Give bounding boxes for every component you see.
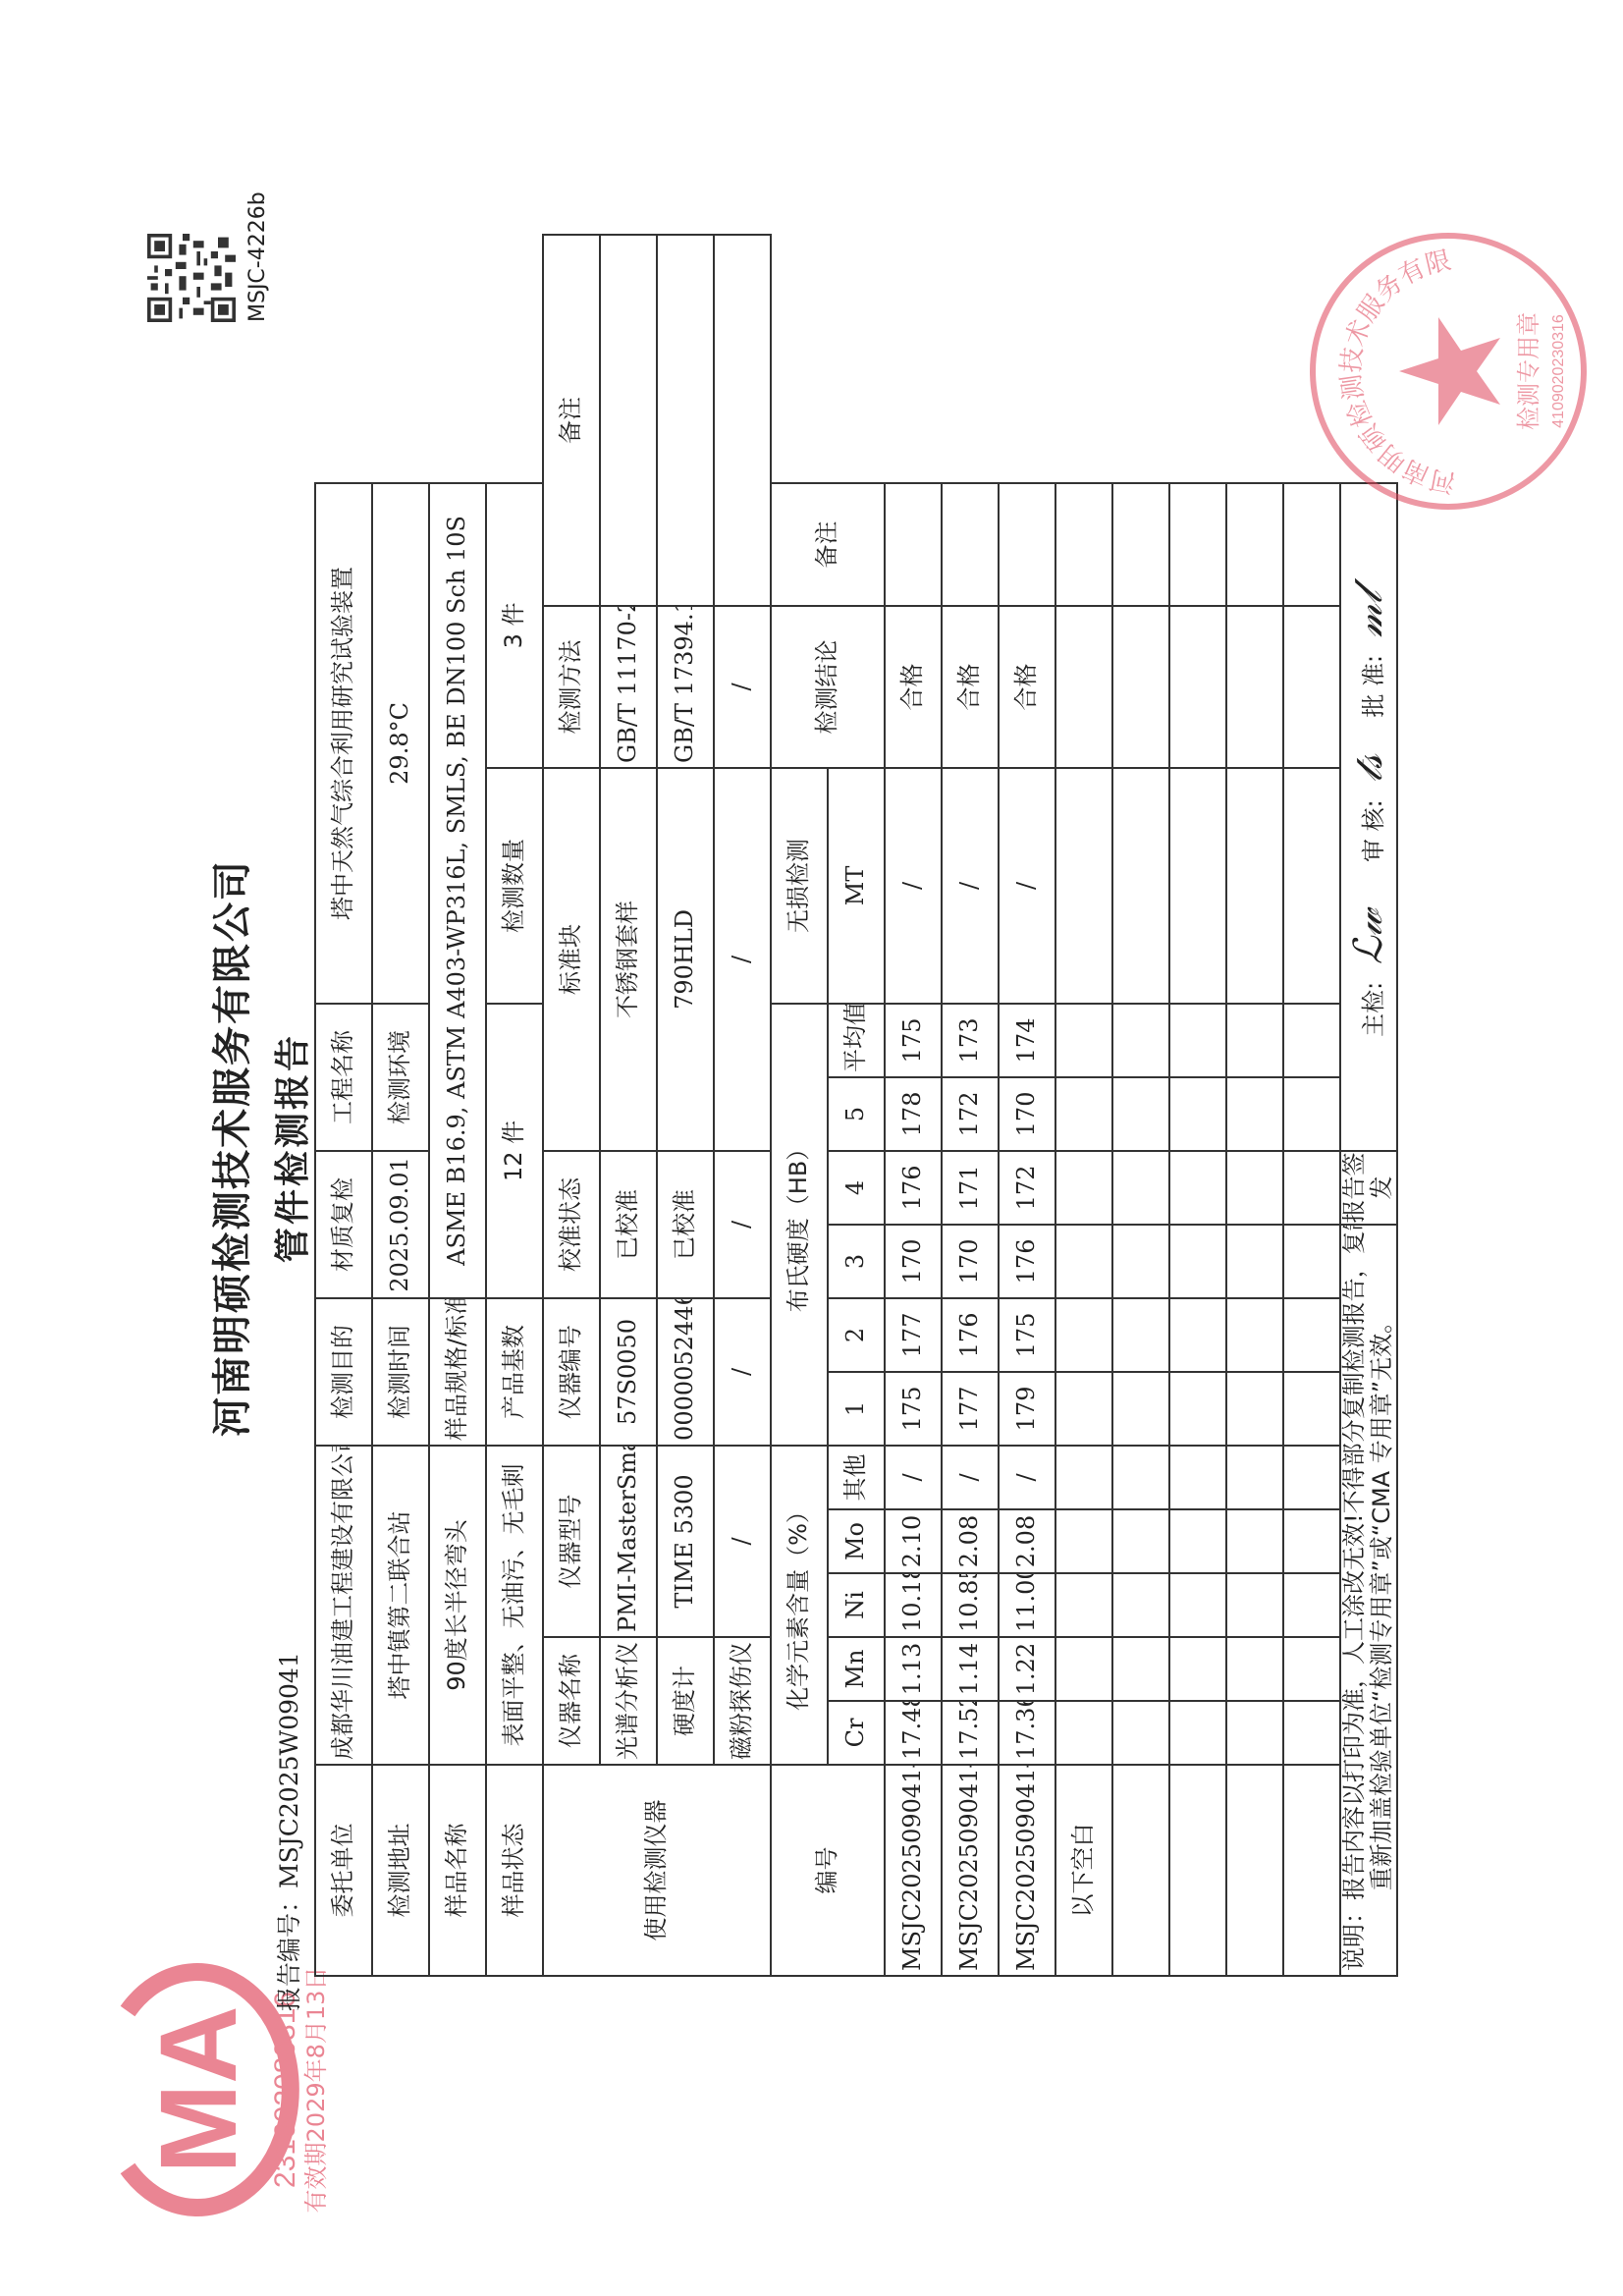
instrument-header: 校准状态	[543, 1151, 600, 1298]
reviewer-signature: 𝓉𝓈	[1346, 754, 1391, 782]
test-qty-label: 检测数量	[486, 768, 543, 1004]
base-qty-label: 产品基数	[486, 1298, 543, 1446]
hb-col: 4	[828, 1151, 885, 1225]
env-label: 检测环境	[372, 1004, 429, 1151]
chem-value: 17.36	[999, 1701, 1055, 1765]
instrument-model: TIME 5300	[657, 1446, 714, 1637]
purpose-value: 材质复检	[315, 1151, 372, 1298]
result-row: MSJC202509041-317.361.2211.002.08/179175…	[999, 235, 1055, 1976]
hardness-value: 175	[999, 1298, 1055, 1372]
project-value: 塔中天然气综合利用研究试验装置	[315, 483, 372, 1004]
client-label: 委托单位	[315, 1765, 372, 1976]
remark-value	[942, 483, 999, 606]
chem-value: 11.00	[999, 1573, 1055, 1637]
hardness-value: 170	[885, 1225, 942, 1298]
report-number-value: MSJC2025W09041	[275, 1652, 303, 1888]
chem-value: 1.14	[942, 1637, 999, 1701]
issue-label: 报告签发	[1340, 1151, 1397, 1225]
chem-header: 化学元素含量（%）	[771, 1446, 828, 1765]
hardness-value: 170	[942, 1225, 999, 1298]
instrument-row: 光谱分析仪 PMI-MasterSmart 57S0050 已校准 不锈钢套样 …	[600, 235, 657, 1976]
blank-note: 以下空白	[1055, 1765, 1112, 1976]
instruments-section-label: 使用检测仪器	[543, 1765, 771, 1976]
chem-col: Cr	[828, 1701, 885, 1765]
qr-code-label: MSJC-4226b	[245, 191, 270, 322]
company-name: 河南明硕检测技术服务有限公司	[201, 0, 257, 2296]
instrument-name: 硬度计	[657, 1637, 714, 1765]
instrument-name: 磁粉探伤仪	[714, 1637, 771, 1765]
hardness-value: 176	[885, 1151, 942, 1225]
instrument-header: 标准块	[543, 768, 600, 1151]
sample-id: MSJC202509041-2	[942, 1765, 999, 1976]
mt-value: /	[942, 768, 999, 1004]
instrument-calibration: 已校准	[657, 1151, 714, 1298]
empty-row	[1226, 235, 1283, 1976]
footer-note-line1: 说明：报告内容以打印为准，人工涂改无效!不得部分复制检测报告，复制检测报告未	[1341, 1230, 1369, 1971]
svg-text:检测专用章: 检测专用章	[1515, 312, 1542, 430]
report-number: 报告编号：MSJC2025W09041	[270, 1652, 305, 2011]
client-value: 成都华川油建工程建设有限公司	[315, 1446, 372, 1765]
instrument-model: PMI-MasterSmart	[600, 1446, 657, 1637]
inspector-signature: ℒ𝓌	[1346, 909, 1391, 965]
purpose-label: 检测目的	[315, 1298, 372, 1446]
approver-signature: 𝓂𝓁	[1346, 591, 1391, 637]
test-time-value: 2025.09.01	[372, 1151, 429, 1298]
instrument-header: 仪器名称	[543, 1637, 600, 1765]
project-label: 工程名称	[315, 1004, 372, 1151]
hardness-value: 177	[885, 1298, 942, 1372]
hardness-value: 178	[885, 1077, 942, 1151]
mt-value: /	[999, 768, 1055, 1004]
chem-value: 2.08	[999, 1509, 1055, 1573]
hb-col: 3	[828, 1225, 885, 1298]
hardness-value: 176	[942, 1298, 999, 1372]
instrument-standard-block: 不锈钢套样	[600, 768, 657, 1151]
result-rows: MSJC202509041-117.481.1310.182.10/175177…	[885, 235, 1055, 1976]
sample-state-value: 表面平整、无油污、无毛刺	[486, 1446, 543, 1765]
test-time-label: 检测时间	[372, 1298, 429, 1446]
instrument-header: 仪器编号	[543, 1298, 600, 1446]
instrument-header: 备注	[543, 235, 600, 606]
hardness-value: 170	[999, 1077, 1055, 1151]
chem-value: 10.85	[942, 1573, 999, 1637]
info-row-state: 样品状态 表面平整、无油污、无毛刺 产品基数 12 件 检测数量 3 件	[486, 235, 543, 1976]
hardness-value: 174	[999, 1004, 1055, 1077]
empty-row	[1112, 235, 1169, 1976]
ndt-col: MT	[828, 768, 885, 1004]
spec-value: ASME B16.9, ASTM A403-WP316L, SMLS, BE D…	[429, 483, 486, 1298]
chem-col: 其他	[828, 1446, 885, 1509]
chem-value: 2.08	[942, 1509, 999, 1573]
reviewer-label: 审 核:	[1360, 799, 1387, 862]
ndt-header: 无损检测	[771, 768, 828, 1004]
hb-col: 平均值	[828, 1004, 885, 1077]
spec-label: 样品规格/标准	[429, 1298, 486, 1446]
chem-value: 2.10	[885, 1509, 942, 1573]
base-qty-value: 12 件	[486, 1004, 543, 1298]
empty-row	[1169, 235, 1226, 1976]
instrument-method: /	[714, 606, 771, 768]
report-sheet: MA 231602080316 有效期2029年8月13日 河南明硕检测技术服务…	[0, 0, 1623, 2296]
sample-state-label: 样品状态	[486, 1765, 543, 1976]
remark-value	[885, 483, 942, 606]
hardness-header: 布氏硬度（HB）	[771, 1004, 828, 1446]
env-value: 29.8°C	[372, 483, 429, 1004]
conclusion-value: 合格	[942, 606, 999, 768]
report-number-label: 报告编号：	[275, 1888, 303, 2011]
conclusion-value: 合格	[999, 606, 1055, 768]
results-header-row: 编号 化学元素含量（%） 布氏硬度（HB） 无损检测 检测结论 备注	[771, 235, 828, 1976]
mt-value: /	[885, 768, 942, 1004]
remark-value	[999, 483, 1055, 606]
instrument-calibration: /	[714, 1151, 771, 1298]
chem-value: 1.22	[999, 1637, 1055, 1701]
hb-col: 5	[828, 1077, 885, 1151]
info-row-site: 检测地址 塔中镇第二联合站 检测时间 2025.09.01 检测环境 29.8°…	[372, 235, 429, 1976]
instrument-name: 光谱分析仪	[600, 1637, 657, 1765]
info-row-sample: 样品名称 90度长半径弯头 样品规格/标准 ASME B16.9, ASTM A…	[429, 235, 486, 1976]
site-value: 塔中镇第二联合站	[372, 1446, 429, 1765]
instrument-header: 检测方法	[543, 606, 600, 768]
chem-value: /	[999, 1446, 1055, 1509]
hardness-value: 175	[885, 1004, 942, 1077]
sample-name-label: 样品名称	[429, 1765, 486, 1976]
result-row: MSJC202509041-117.481.1310.182.10/175177…	[885, 235, 942, 1976]
hardness-value: 172	[999, 1151, 1055, 1225]
site-label: 检测地址	[372, 1765, 429, 1976]
instrument-row: 磁粉探伤仪 / / / / /	[714, 235, 771, 1976]
blank-note-row: 以下空白	[1055, 235, 1112, 1976]
sample-id: MSJC202509041-1	[885, 1765, 942, 1976]
id-header: 编号	[771, 1765, 885, 1976]
qr-code-icon	[147, 234, 236, 322]
instrument-standard-block: 790HLD	[657, 768, 714, 1151]
chem-col: Mn	[828, 1637, 885, 1701]
conclusion-header: 检测结论	[771, 606, 885, 768]
hardness-value: 177	[942, 1372, 999, 1446]
instrument-model: /	[714, 1446, 771, 1637]
chem-value: 10.18	[885, 1573, 942, 1637]
chem-value: /	[942, 1446, 999, 1509]
result-row: MSJC202509041-217.521.1410.852.08/177176…	[942, 235, 999, 1976]
chem-value: 17.52	[942, 1701, 999, 1765]
chem-value: 1.13	[885, 1637, 942, 1701]
inspector-label: 主检:	[1360, 982, 1387, 1037]
instrument-calibration: 已校准	[600, 1151, 657, 1298]
instrument-standard-block: /	[714, 768, 771, 1151]
footer-note: 说明：报告内容以打印为准，人工涂改无效!不得部分复制检测报告，复制检测报告未 重…	[1340, 1225, 1397, 1976]
hb-col: 1	[828, 1372, 885, 1446]
info-row-client: 委托单位 成都华川油建工程建设有限公司 检测目的 材质复检 工程名称 塔中天然气…	[315, 235, 372, 1976]
hardness-value: 175	[885, 1372, 942, 1446]
report-table: 委托单位 成都华川油建工程建设有限公司 检测目的 材质复检 工程名称 塔中天然气…	[314, 234, 1398, 1977]
chem-col: Ni	[828, 1573, 885, 1637]
instrument-method: GB/T 11170-2018	[600, 606, 657, 768]
instrument-method: GB/T 17394.1-2014	[657, 606, 714, 768]
chem-value: 17.48	[885, 1701, 942, 1765]
hardness-value: 172	[942, 1077, 999, 1151]
instrument-serial: /	[714, 1298, 771, 1446]
footer-note-line2: 重新加盖检验单位“检测专用章”或“CMA 专用章”无效。	[1369, 1230, 1396, 1971]
hardness-value: 179	[999, 1372, 1055, 1446]
instrument-remark	[600, 235, 657, 606]
sample-id: MSJC202509041-3	[999, 1765, 1055, 1976]
chem-value: /	[885, 1446, 942, 1509]
remark-header: 备注	[771, 483, 885, 606]
hardness-value: 176	[999, 1225, 1055, 1298]
conclusion-value: 合格	[885, 606, 942, 768]
instrument-row: 硬度计 TIME 5300 000005244600078 已校准 790HLD…	[657, 235, 714, 1976]
instrument-remark	[714, 235, 771, 606]
chem-col: Mo	[828, 1509, 885, 1573]
hb-col: 2	[828, 1298, 885, 1372]
instrument-header-row: 使用检测仪器 仪器名称 仪器型号 仪器编号 校准状态 标准块 检测方法 备注	[543, 235, 600, 1976]
instrument-serial: 000005244600078	[657, 1298, 714, 1446]
instrument-remark	[657, 235, 714, 606]
signature-cell: 主检: ℒ𝓌 审 核: 𝓉𝓈 批 准: 𝓂𝓁 检测专用章 报告时间：2025 年…	[1340, 483, 1397, 1151]
instrument-header: 仪器型号	[543, 1446, 600, 1637]
approver-label: 批 准:	[1360, 655, 1387, 718]
test-qty-value: 3 件	[486, 483, 543, 768]
hardness-value: 173	[942, 1004, 999, 1077]
instrument-serial: 57S0050	[600, 1298, 657, 1446]
round-seal-stamp: 河南明硕检测技术服务有限公司 检测专用章 4109020230316	[1306, 229, 1591, 514]
svg-text:4109020230316: 4109020230316	[1550, 314, 1567, 428]
sample-name-value: 90度长半径弯头	[429, 1446, 486, 1765]
hardness-value: 171	[942, 1151, 999, 1225]
